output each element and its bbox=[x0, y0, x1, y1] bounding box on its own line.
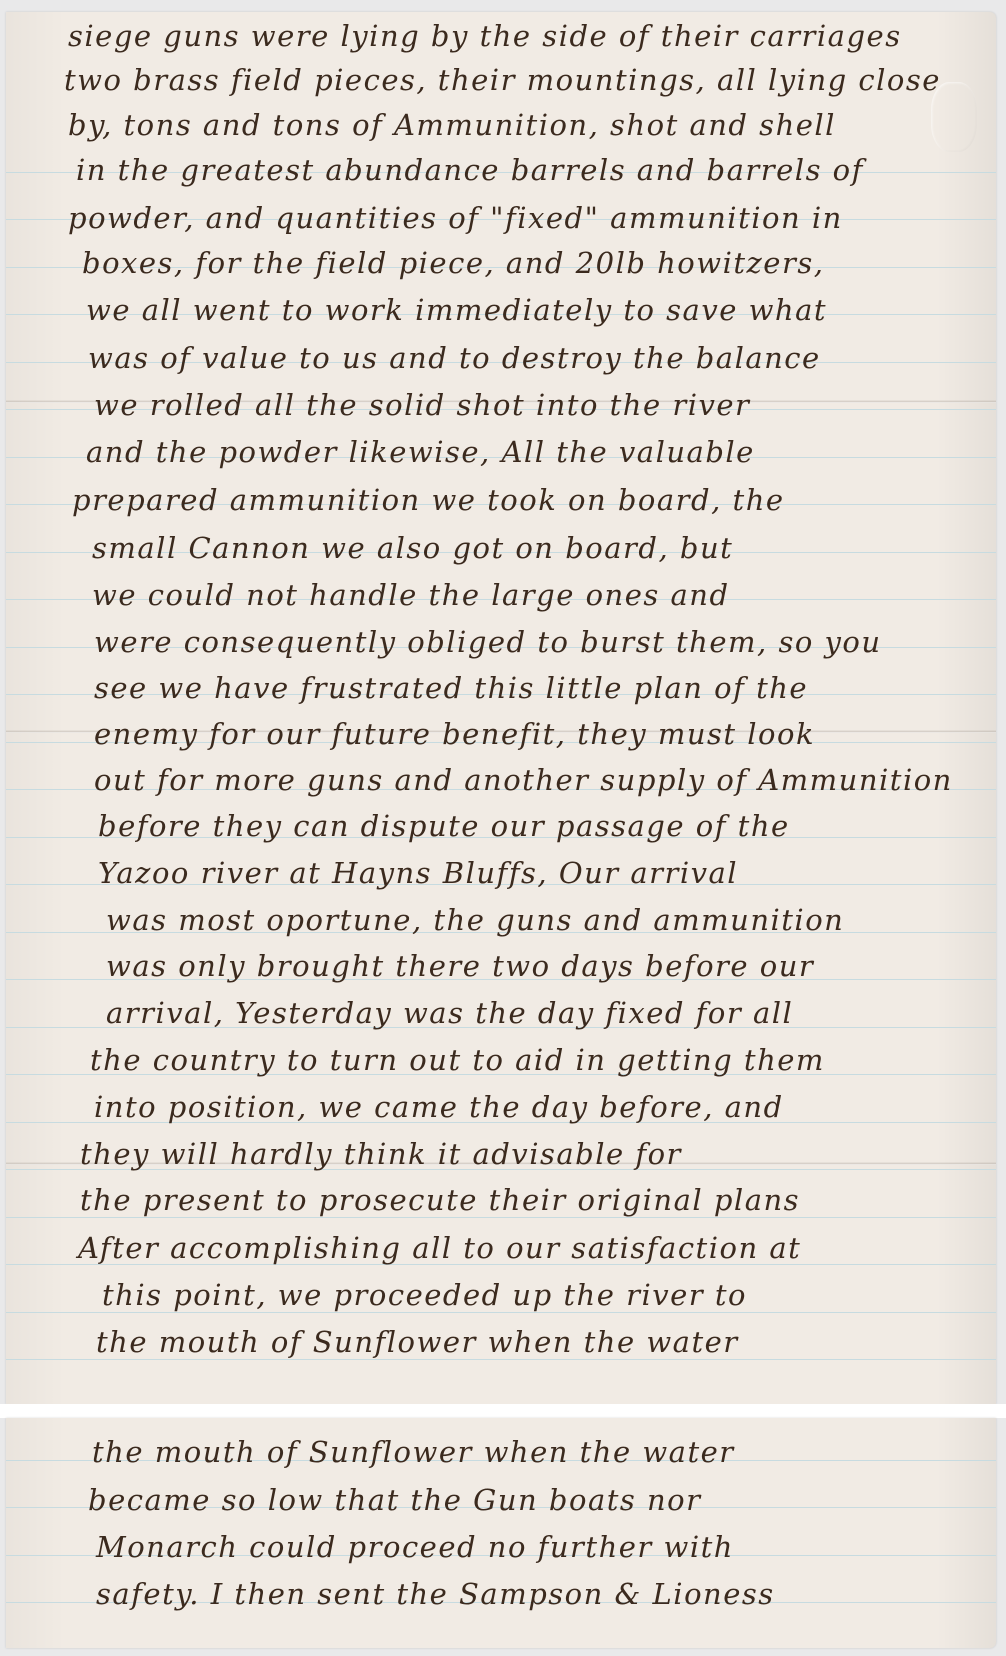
letter-line: they will hardly think it advisable for bbox=[80, 1136, 682, 1172]
letter-line: safety. I then sent the Sampson & Liones… bbox=[96, 1576, 775, 1612]
letter-line: was only brought there two days before o… bbox=[106, 948, 814, 984]
letter-line: two brass field pieces, their mountings,… bbox=[64, 62, 941, 98]
letter-line: were consequently obliged to burst them,… bbox=[94, 624, 882, 660]
scan-stitch-gap bbox=[0, 1404, 1006, 1418]
letter-line: the mouth of Sunflower when the water bbox=[96, 1324, 739, 1360]
letter-line: we all went to work immediately to save … bbox=[86, 292, 827, 328]
letter-line: before they can dispute our passage of t… bbox=[98, 808, 790, 844]
letter-line: was most oportune, the guns and ammuniti… bbox=[106, 902, 844, 938]
letter-line: became so low that the Gun boats nor bbox=[88, 1482, 701, 1518]
letter-line: the country to turn out to aid in gettin… bbox=[90, 1042, 825, 1078]
letter-line: powder, and quantities of "fixed" ammuni… bbox=[68, 200, 843, 236]
letter-line: into position, we came the day before, a… bbox=[94, 1089, 784, 1125]
letter-page-upper-scan: siege guns were lying by the side of the… bbox=[6, 12, 996, 1404]
letter-line: was of value to us and to destroy the ba… bbox=[88, 340, 821, 376]
letter-line: Monarch could proceed no further with bbox=[96, 1529, 734, 1565]
letter-line: boxes, for the field piece, and 20lb how… bbox=[82, 245, 824, 281]
letter-line: siege guns were lying by the side of the… bbox=[68, 18, 902, 54]
letter-line: and the powder likewise, All the valuabl… bbox=[86, 434, 755, 470]
letter-line: the mouth of Sunflower when the water bbox=[92, 1434, 735, 1470]
letter-line: Yazoo river at Hayns Bluffs, Our arrival bbox=[98, 855, 738, 891]
letter-line: arrival, Yesterday was the day fixed for… bbox=[106, 995, 793, 1031]
letter-line: in the greatest abundance barrels and ba… bbox=[76, 152, 864, 188]
letter-page-lower-scan: the mouth of Sunflower when the water be… bbox=[6, 1418, 996, 1648]
letter-line: see we have frustrated this little plan … bbox=[94, 670, 808, 706]
letter-line: small Cannon we also got on board, but bbox=[92, 530, 733, 566]
letter-line: the present to prosecute their original … bbox=[80, 1182, 800, 1218]
letter-line: out for more guns and another supply of … bbox=[94, 762, 953, 798]
letter-line: we rolled all the solid shot into the ri… bbox=[94, 387, 750, 423]
letter-line: we could not handle the large ones and bbox=[92, 577, 730, 613]
letter-line: After accomplishing all to our satisfact… bbox=[78, 1230, 801, 1266]
letter-line: by, tons and tons of Ammunition, shot an… bbox=[68, 107, 836, 143]
letter-line: enemy for our future benefit, they must … bbox=[94, 716, 815, 752]
letter-line: this point, we proceeded up the river to bbox=[102, 1277, 747, 1313]
letter-line: prepared ammunition we took on board, th… bbox=[72, 482, 785, 518]
